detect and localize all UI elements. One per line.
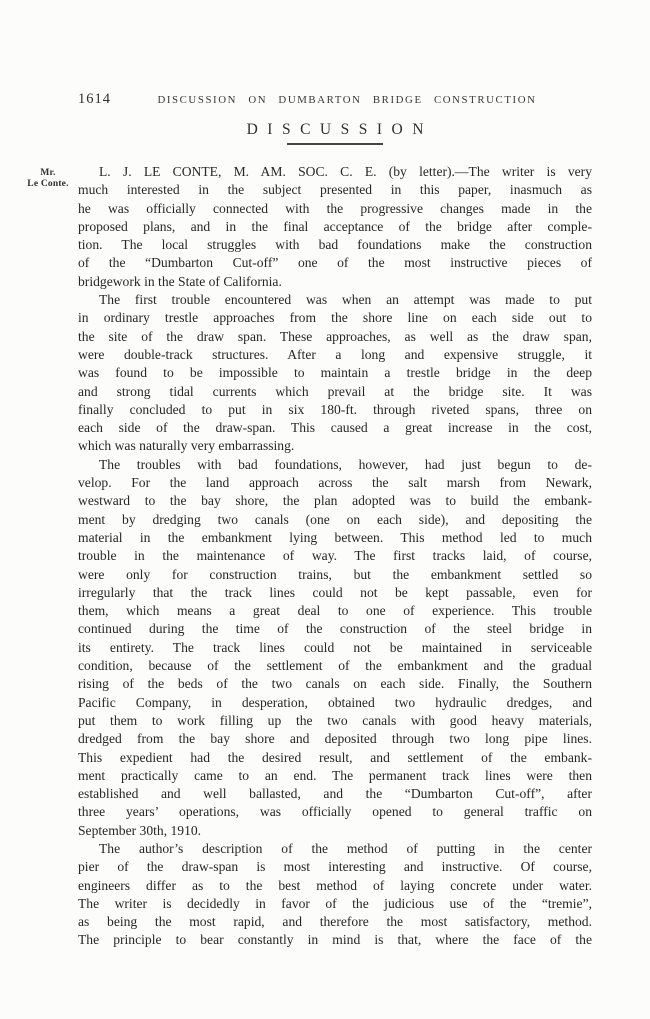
section-heading-text: DISCUSSION (78, 121, 592, 139)
text-line: bridgework in the State of California. (78, 273, 592, 291)
text-line: The troubles with bad foundations, howev… (78, 456, 592, 474)
text-line: rising of the beds of the two canals on … (78, 675, 592, 693)
text-line: dredged from the bay shore and deposited… (78, 730, 592, 748)
text-line: material in the embankment lying between… (78, 529, 592, 547)
text-line: of the “Dumbarton Cut-off” one of the mo… (78, 254, 592, 272)
text-line: velop. For the land approach across the … (78, 474, 592, 492)
text-line: The author’s description of the method o… (78, 840, 592, 858)
text-line: established and well ballasted, and the … (78, 785, 592, 803)
page-number: 1614 (78, 91, 111, 108)
text-line: which was naturally very embarrassing. (78, 437, 592, 455)
document-page: 1614 DISCUSSION ON DUMBARTON BRIDGE CONS… (0, 0, 650, 1019)
text-line: September 30th, 1910. (78, 822, 592, 840)
text-line: put them to work filling up the two cana… (78, 712, 592, 730)
text-line: each side of the draw-span. This caused … (78, 419, 592, 437)
margin-note-line: Mr. (15, 168, 81, 179)
text-line: westward to the bay shore, the plan adop… (78, 492, 592, 510)
text-line: L. J. LE CONTE, M. AM. SOC. C. E. (by le… (78, 163, 592, 181)
text-line: pier of the draw-span is most interestin… (78, 858, 592, 876)
text-line: its entirety. The track lines could not … (78, 639, 592, 657)
text-line: the site of the draw span. These approac… (78, 328, 592, 346)
text-line: tion. The local struggles with bad found… (78, 236, 592, 254)
running-title: DISCUSSION ON DUMBARTON BRIDGE CONSTRUCT… (78, 92, 592, 106)
text-line: was found to be impossible to maintain a… (78, 364, 592, 382)
text-line: trouble in the maintenance of way. The f… (78, 547, 592, 565)
text-line: ment practically came to an end. The per… (78, 767, 592, 785)
margin-note-line: Le Conte. (15, 179, 81, 190)
page-header: 1614 DISCUSSION ON DUMBARTON BRIDGE CONS… (78, 92, 592, 108)
body-text: L. J. LE CONTE, M. AM. SOC. C. E. (by le… (78, 163, 592, 950)
text-line: much interested in the subject presented… (78, 181, 592, 199)
text-line: Pacific Company, in desperation, obtaine… (78, 694, 592, 712)
text-line: The principle to bear constantly in mind… (78, 931, 592, 949)
text-line: The writer is decidedly in favor of the … (78, 895, 592, 913)
text-line: them, which means a great deal to one of… (78, 602, 592, 620)
text-line: three years’ operations, was officially … (78, 803, 592, 821)
text-line: engineers differ as to the best method o… (78, 877, 592, 895)
text-line: in ordinary trestle approaches from the … (78, 309, 592, 327)
text-line: were only for construction trains, but t… (78, 566, 592, 584)
text-line: continued during the time of the constru… (78, 620, 592, 638)
text-line: were double-track structures. After a lo… (78, 346, 592, 364)
text-line: irregularly that the track lines could n… (78, 584, 592, 602)
text-line: finally concluded to put in six 180-ft. … (78, 401, 592, 419)
text-line: as being the most rapid, and therefore t… (78, 913, 592, 931)
text-line: proposed plans, and in the final accepta… (78, 218, 592, 236)
section-heading: DISCUSSION (78, 121, 592, 145)
text-line: The first trouble encountered was when a… (78, 291, 592, 309)
text-line: and strong tidal currents which prevail … (78, 383, 592, 401)
text-line: This expedient had the desired result, a… (78, 749, 592, 767)
text-line: he was officially connected with the pro… (78, 200, 592, 218)
text-line: ment by dredging two canals (one on each… (78, 511, 592, 529)
margin-note-speaker: Mr. Le Conte. (15, 168, 81, 189)
heading-underline (287, 143, 383, 145)
text-line: condition, because of the settlement of … (78, 657, 592, 675)
